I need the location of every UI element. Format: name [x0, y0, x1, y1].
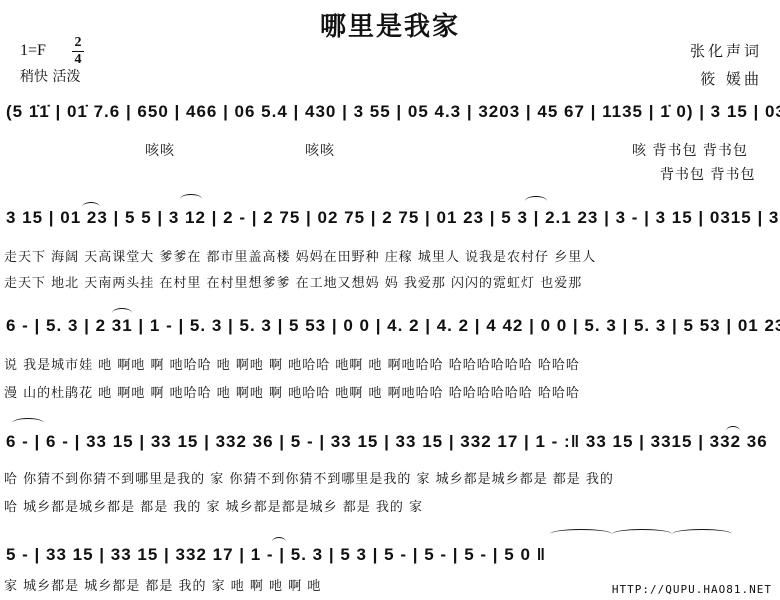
lyric-row-2-verse-2: 走天下 地北 天南两头挂 在村里 在村里想爹爹 在工地又想妈 妈 我爱那 闪闪的… — [4, 272, 582, 291]
tie — [672, 529, 732, 539]
lyric-row-1-d: 背书包 背书包 — [660, 164, 755, 184]
composer-credit: 筱 媛曲 — [700, 68, 762, 89]
tie — [612, 529, 672, 539]
tie — [12, 418, 44, 428]
song-title: 哪里是我家 — [0, 6, 780, 43]
time-sig-top: 2 — [75, 35, 82, 50]
key-signature: 1=F — [20, 42, 46, 60]
slur — [180, 194, 202, 204]
lyric-row-1-a: 咳咳 — [145, 140, 175, 160]
time-signature: 2 4 — [72, 36, 84, 67]
lyric-row-4-verse-2: 哈 城乡都是城乡都是 都是 我的 家 城乡都是都是城乡 都是 我的 家 — [4, 496, 423, 515]
lyricist-credit: 张化声词 — [690, 40, 762, 61]
notes-row-2: 3 15 | 01 23 | 5 5 | 3 12 | 2 - | 2 75 |… — [6, 208, 780, 228]
slur — [525, 196, 547, 206]
lyric-row-2-verse-1: 走天下 海阔 天高课堂大 爹爹在 都市里盖高楼 妈妈在田野种 庄稼 城里人 说我… — [4, 246, 596, 265]
lyric-row-1-b: 咳咳 — [305, 140, 335, 160]
tempo-marking: 稍快 活泼 — [20, 66, 80, 86]
notes-row-4: 6 - | 6 - | 33 15 | 33 15 | 332 36 | 5 -… — [6, 432, 768, 452]
notes-row-3: 6 - | 5. 3 | 2 31 | 1 - | 5. 3 | 5. 3 | … — [6, 316, 780, 336]
lyric-row-5: 家 城乡都是 城乡都是 都是 我的 家 吔 啊 吔 啊 吔 — [4, 575, 321, 594]
lyric-row-1-c: 咳 背书包 背书包 — [632, 140, 748, 160]
lyric-row-3-verse-2: 漫 山的杜鹃花 吔 啊吔 啊 吔哈哈 吔 啊吔 啊 吔哈哈 吔啊 吔 啊吔哈哈 … — [4, 382, 580, 401]
lyric-row-3-verse-1: 说 我是城市娃 吔 啊吔 啊 吔哈哈 吔 啊吔 啊 吔哈哈 吔啊 吔 啊吔哈哈 … — [4, 354, 580, 373]
watermark-url: HTTP://QUPU.HAO81.NET — [612, 583, 772, 596]
notes-row-1: (5 1̇1̇ | 01̇ 7.6 | 650 | 466 | 06 5.4 |… — [6, 102, 780, 122]
tie — [550, 529, 612, 539]
notes-row-5: 5 - | 33 15 | 33 15 | 332 17 | 1 - | 5. … — [6, 545, 546, 565]
lyric-row-4-verse-1: 哈 你猜不到你猜不到哪里是我的 家 你猜不到你猜不到哪里是我的 家 城乡都是城乡… — [4, 468, 614, 487]
time-sig-bottom: 4 — [75, 52, 82, 67]
